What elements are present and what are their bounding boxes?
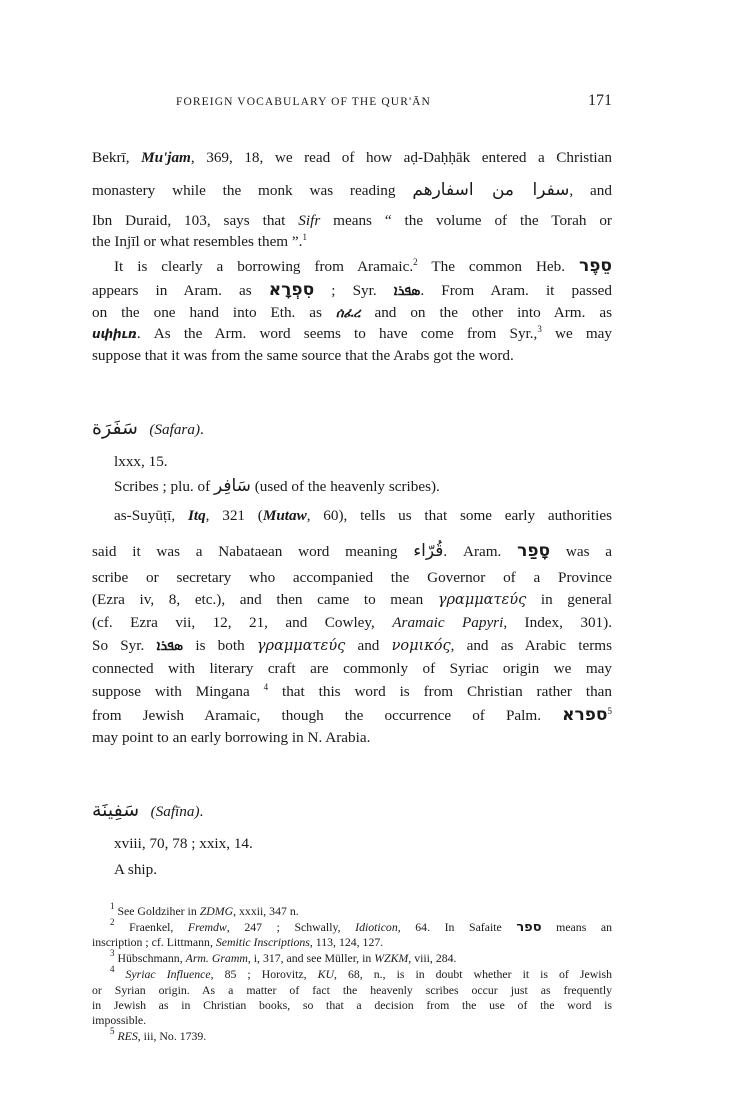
text: Hübschmann,: [117, 951, 185, 965]
text: . As the Arm. word seems to have come fr…: [137, 325, 538, 342]
text-line: said it was a Nabataean word meaning قُر…: [92, 541, 612, 562]
text: See Goldziher in: [117, 904, 199, 918]
text: suppose with Mingana: [92, 683, 264, 700]
entry-refs: xviii, 70, 78 ; xxix, 14.: [92, 834, 612, 854]
text: , Index, 301).: [503, 614, 612, 631]
footnote-4-cont: in Jewish as in Christian books, so that…: [92, 998, 612, 1013]
text: or Syrian origin. As a matter of fact th…: [92, 983, 612, 997]
page-header: FOREIGN VOCABULARY OF THE QUR'ĀN 171: [92, 96, 612, 116]
hebrew-word: ספרא: [562, 705, 607, 725]
italic-title: RES: [117, 1029, 137, 1043]
italic-title: Semitic Inscriptions: [216, 935, 310, 949]
footnote-3: 3 Hübschmann, Arm. Gramm, i, 317, and se…: [92, 951, 612, 966]
text: Fraenkel,: [129, 920, 188, 934]
italic-title: Aramaic Papyri: [392, 614, 503, 631]
hebrew-word: ספר: [516, 920, 541, 935]
text-line: may point to an early borrowing in N. Ar…: [92, 728, 612, 748]
text: , and as Arabic terms: [451, 637, 612, 654]
text: , i, 317, and see Müller, in: [248, 951, 374, 965]
quran-refs: xviii, 70, 78 ; xxix, 14.: [114, 835, 253, 852]
text-line: Bekrī, Mu'jam, 369, 18, we read of how a…: [92, 148, 612, 168]
text: monastery while the monk was reading: [92, 182, 412, 199]
footnote-2: 2 Fraenkel, Fremdw, 247 ; Schwally, Idio…: [92, 920, 612, 935]
italic-term: Sifr: [298, 212, 320, 229]
text-line: scribe or secretary who accompanied the …: [92, 568, 612, 588]
text-line: on the one hand into Eth. as ሰፈረ and on …: [92, 303, 612, 324]
quran-refs: lxxx, 15.: [114, 453, 168, 470]
text: impossible.: [92, 1013, 146, 1027]
arabic-word: سَافِر: [214, 476, 251, 496]
text: in Jewish as in Christian books, so that…: [92, 998, 612, 1012]
footnote-1: 1 See Goldziher in ZDMG, xxxii, 347 n.: [92, 904, 612, 919]
text-line: the Injīl or what resembles them ”.1: [92, 232, 612, 252]
footnote-number: 2: [110, 917, 115, 927]
text: . Aram.: [443, 543, 517, 560]
text-line: It is clearly a borrowing from Aramaic.2…: [92, 256, 612, 277]
text-line: Ibn Duraid, 103, says that Sifr means “ …: [92, 211, 612, 231]
footnote-ref[interactable]: 1: [302, 232, 307, 242]
text-line: connected with literary craft are common…: [92, 659, 612, 679]
text-line: (cf. Ezra vii, 12, 21, and Cowley, Arama…: [92, 613, 612, 633]
italic-title: Syriac Influence: [126, 967, 211, 981]
text: , 247 ; Schwally,: [227, 920, 355, 934]
italic-title: Itq: [188, 507, 206, 524]
text: , 321 (: [206, 507, 263, 524]
italic-title: WZKM: [374, 951, 408, 965]
entry-headword: سَفَرَة (Safara).: [92, 418, 612, 440]
syriac-word: ܣܦܪܐ: [394, 283, 421, 299]
italic-title: KU: [318, 967, 334, 981]
text-line: appears in Aram. as סִפְרָא ; Syr. ܣܦܪܐ.…: [92, 280, 612, 301]
text: , viii, 284.: [408, 951, 456, 965]
text-line: So Syr. ܣܦܪܐ is both γραμματεύς and νομι…: [92, 636, 612, 656]
entry-gloss: Scribes ; plu. of سَافِر (used of the he…: [92, 476, 612, 497]
text: , 68, n., is in doubt whether it is of J…: [334, 967, 612, 981]
text-line: from Jewish Aramaic, though the occurren…: [92, 705, 612, 726]
italic-title: Idioticon: [355, 920, 398, 934]
ethiopic-word: ሰፈረ: [336, 306, 361, 321]
text-line: as-Suyūṭī, Itq, 321 (Mutaw, 60), tells u…: [92, 506, 612, 526]
text: means “ the volume of the Torah or: [320, 212, 612, 229]
gloss-text: A ship.: [114, 861, 157, 878]
entry-gloss: A ship.: [92, 860, 612, 880]
footnote-number: 1: [110, 901, 115, 911]
arabic-quote: سفرا من اسفارهم: [412, 180, 569, 200]
footnote-number: 3: [110, 948, 115, 958]
text: , 64. In Safaite: [398, 920, 517, 934]
text: Scribes ; plu. of: [114, 478, 214, 495]
transliteration: (Safara): [149, 421, 200, 438]
text: (used of the heavenly scribes).: [251, 478, 440, 495]
text: suppose that it was from the same source…: [92, 347, 514, 364]
text: on the one hand into Eth. as: [92, 304, 336, 321]
text: , 369, 18, we read of how aḍ-Daḥḥāk ente…: [191, 149, 612, 166]
text: we may: [542, 325, 612, 342]
text: scribe or secretary who accompanied the …: [92, 569, 612, 586]
footnote-4: 4 Syriac Influence, 85 ; Horovitz, KU, 6…: [92, 967, 612, 982]
hebrew-word: סָפַר: [517, 541, 550, 561]
footnote-2-cont: inscription ; cf. Littmann, Semitic Insc…: [92, 935, 612, 950]
text-line: monastery while the monk was reading سفر…: [92, 180, 612, 201]
footnote-number: 4: [110, 964, 115, 974]
syriac-word: ܣܦܪܐ: [157, 638, 184, 654]
text: and: [345, 637, 391, 654]
text: The common Heb.: [418, 258, 579, 275]
italic-title: ZDMG: [200, 904, 233, 918]
text: , 113, 124, 127.: [310, 935, 383, 949]
italic-title: Fremdw: [188, 920, 227, 934]
text: , xxxii, 347 n.: [233, 904, 299, 918]
hebrew-word: סִפְרָא: [269, 280, 314, 300]
italic-title: Mu'jam: [141, 149, 191, 166]
text: and on the other into Arm. as: [361, 304, 612, 321]
text-line: (Ezra iv, 8, etc.), and then came to mea…: [92, 590, 612, 610]
text: It is clearly a borrowing from Aramaic.: [114, 258, 413, 275]
text: appears in Aram. as: [92, 282, 269, 299]
text: is both: [183, 637, 257, 654]
footnote-5: 5 RES, iii, No. 1739.: [92, 1029, 612, 1044]
text: the Injīl or what resembles them ”.: [92, 233, 302, 250]
armenian-word: սփիւռ: [92, 327, 137, 341]
text: as-Suyūṭī,: [114, 507, 188, 524]
footnote-4-cont: impossible.: [92, 1013, 612, 1028]
text: in general: [526, 591, 612, 608]
text: inscription ; cf. Littmann,: [92, 935, 216, 949]
footnote-4-cont: or Syrian origin. As a matter of fact th…: [92, 983, 612, 998]
entry-refs: lxxx, 15.: [92, 452, 612, 472]
text: Bekrī,: [92, 149, 141, 166]
text: (cf. Ezra vii, 12, 21, and Cowley,: [92, 614, 392, 631]
greek-word: γραμματεύς: [257, 638, 345, 654]
arabic-headword: سَفِينَة: [92, 799, 139, 821]
running-title: FOREIGN VOCABULARY OF THE QUR'ĀN: [176, 96, 431, 108]
text-line: suppose that it was from the same source…: [92, 346, 612, 366]
text: from Jewish Aramaic, though the occurren…: [92, 707, 562, 724]
text-line: սփիւռ. As the Arm. word seems to have co…: [92, 324, 612, 344]
text: So Syr.: [92, 637, 157, 654]
italic-title: Arm. Gramm: [186, 951, 248, 965]
arabic-word: قُرّاء: [413, 541, 443, 561]
greek-word: νομικός: [392, 638, 451, 654]
text: Ibn Duraid, 103, says that: [92, 212, 298, 229]
text: (Ezra iv, 8, etc.), and then came to mea…: [92, 591, 438, 608]
italic-title: Mutaw: [263, 507, 307, 524]
text: ; Syr.: [314, 282, 394, 299]
text: , iii, No. 1739.: [138, 1029, 207, 1043]
hebrew-word: סֵפֶר: [579, 256, 612, 276]
text: connected with literary craft are common…: [92, 660, 612, 677]
transliteration: (Safīna): [151, 803, 200, 820]
text: may point to an early borrowing in N. Ar…: [92, 729, 370, 746]
text-line: suppose with Mingana 4 that this word is…: [92, 682, 612, 702]
text: said it was a Nabataean word meaning: [92, 543, 413, 560]
text: was a: [550, 543, 612, 560]
page-number: 171: [588, 92, 612, 110]
footnote-number: 5: [110, 1026, 115, 1036]
text: , and: [569, 182, 612, 199]
text: that this word is from Christian rather …: [268, 683, 612, 700]
greek-word: γραμματεύς: [438, 592, 526, 608]
text: , 60), tells us that some early authorit…: [307, 507, 612, 524]
footnote-ref[interactable]: 5: [608, 706, 613, 716]
entry-headword: سَفِينَة (Safīna).: [92, 800, 612, 822]
text: . From Aram. it passed: [420, 282, 612, 299]
arabic-headword: سَفَرَة: [92, 417, 138, 439]
text: , 85 ; Horovitz,: [211, 967, 318, 981]
text: means an: [542, 920, 612, 934]
